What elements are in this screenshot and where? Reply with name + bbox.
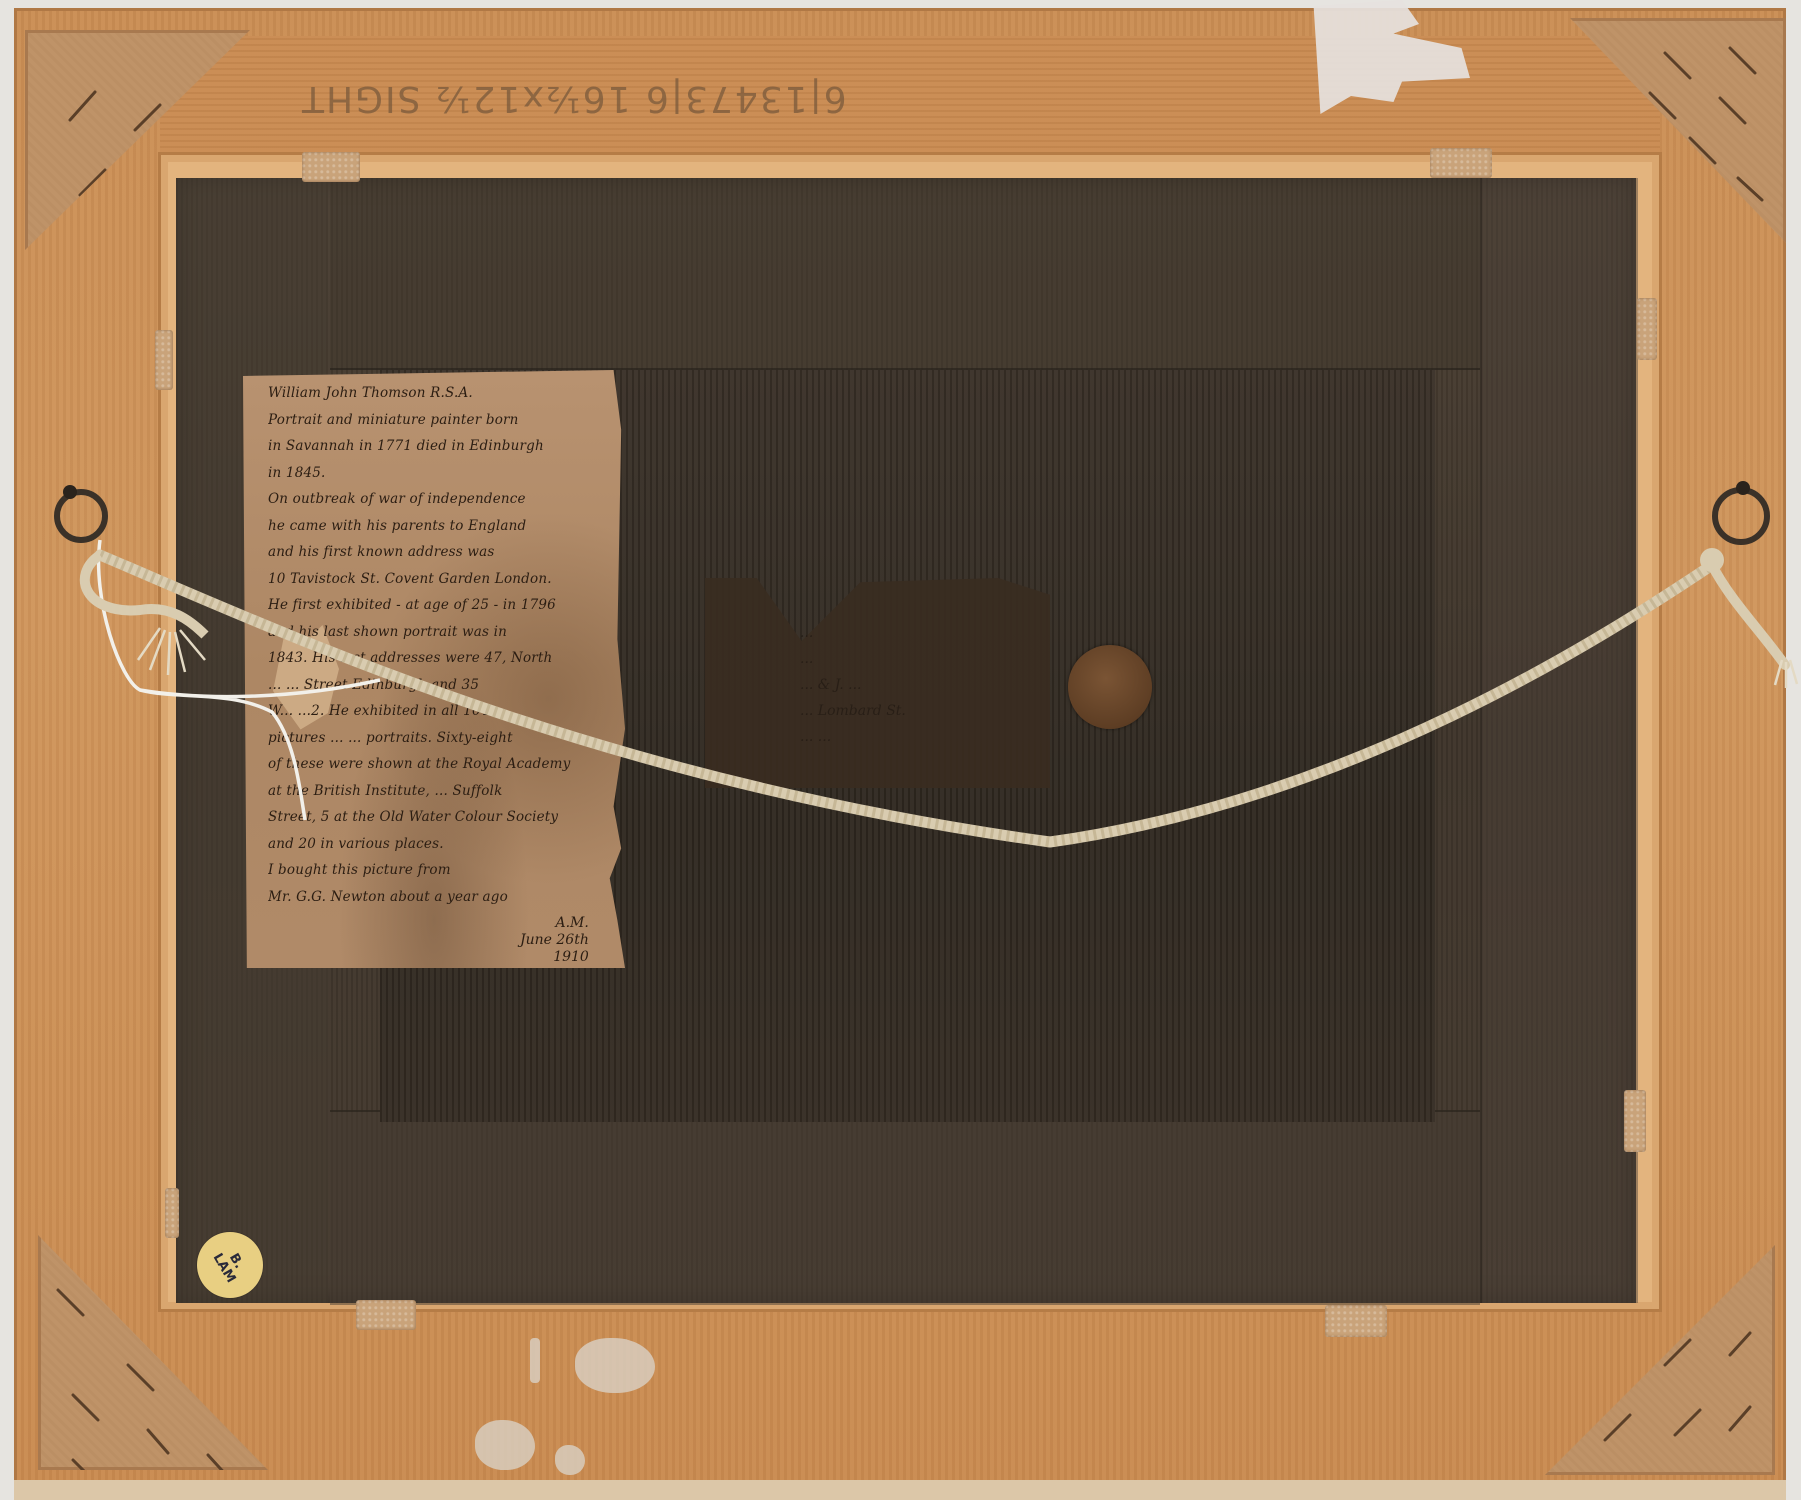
note-line: pictures ... ... portraits. Sixty-eight — [268, 725, 618, 752]
note-line: W... ...2. He exhibited in all 104 — [268, 698, 618, 725]
cork-spacer — [1637, 298, 1657, 360]
paint-drip — [530, 1338, 540, 1383]
note-line: He first exhibited - at age of 25 - in 1… — [268, 592, 618, 619]
background-edge — [0, 0, 14, 1500]
note-line: On outbreak of war of independence — [268, 486, 618, 513]
cork-spacer — [1624, 1090, 1646, 1152]
hanging-ring-left[interactable] — [48, 480, 118, 550]
frame-bottom-lip — [14, 1480, 1786, 1500]
cork-spacer — [165, 1188, 179, 1238]
note-signature: A.M. June 26th 1910 — [520, 915, 589, 966]
paint-spot — [575, 1338, 655, 1393]
note-line: in Savannah in 1771 died in Edinburgh — [268, 433, 618, 460]
ring-icon — [48, 480, 118, 550]
note-line: I bought this picture from — [268, 857, 618, 884]
note-line: in 1845. — [268, 460, 618, 487]
note-line: Mr. G.G. Newton about a year ago — [268, 884, 618, 911]
note-line: and his last shown portrait was in — [268, 619, 618, 646]
center-label-text: ... ... ... & J. ... ... Lombard St. ...… — [800, 620, 1040, 750]
cork-spacer — [1325, 1305, 1387, 1337]
center-label-line: ... — [800, 646, 1040, 672]
note-line: and his first known address was — [268, 539, 618, 566]
cork-spacer — [302, 152, 360, 182]
backboard-strip-top — [330, 178, 1480, 370]
note-line: Portrait and miniature painter born — [268, 407, 618, 434]
pencil-inscription: 6|13473|6 16½x12½ SIGHT — [300, 78, 847, 119]
center-label-line: ... — [800, 620, 1040, 646]
note-line: at the British Institute, ... Suffolk — [268, 778, 618, 805]
wax-seal — [1068, 645, 1152, 729]
signature-initials: A.M. — [520, 915, 589, 932]
note-line: 10 Tavistock St. Covent Garden London. — [268, 566, 618, 593]
note-line: and 20 in various places. — [268, 831, 618, 858]
note-line: 1843. His last addresses were 47, North — [268, 645, 618, 672]
note-line: Street, 5 at the Old Water Colour Societ… — [268, 804, 618, 831]
note-line: he came with his parents to England — [268, 513, 618, 540]
sticker-text: B. LAM — [210, 1244, 250, 1285]
center-label-line: ... & J. ... — [800, 672, 1040, 698]
backboard-strip-bottom — [330, 1110, 1480, 1305]
hanging-ring-right[interactable] — [1705, 478, 1775, 548]
note-text: William John Thomson R.S.A. Portrait and… — [268, 380, 618, 910]
cork-spacer — [1430, 148, 1492, 178]
center-label-line: ... ... — [800, 724, 1040, 750]
center-label-line: ... Lombard St. — [800, 698, 1040, 724]
note-line: ... ... Street Edinburgh and 35 — [268, 672, 618, 699]
cork-spacer — [155, 330, 173, 390]
lot-sticker: B. LAM — [200, 1235, 260, 1295]
paint-spot — [555, 1445, 585, 1475]
backboard-strip-right — [1480, 178, 1638, 1303]
note-line: William John Thomson R.S.A. — [268, 380, 618, 407]
signature-year: 1910 — [520, 949, 589, 966]
paint-spot — [475, 1420, 535, 1470]
ring-icon — [1705, 478, 1775, 548]
signature-date: June 26th — [520, 932, 589, 949]
cork-spacer — [356, 1300, 416, 1330]
note-line: of these were shown at the Royal Academy — [268, 751, 618, 778]
